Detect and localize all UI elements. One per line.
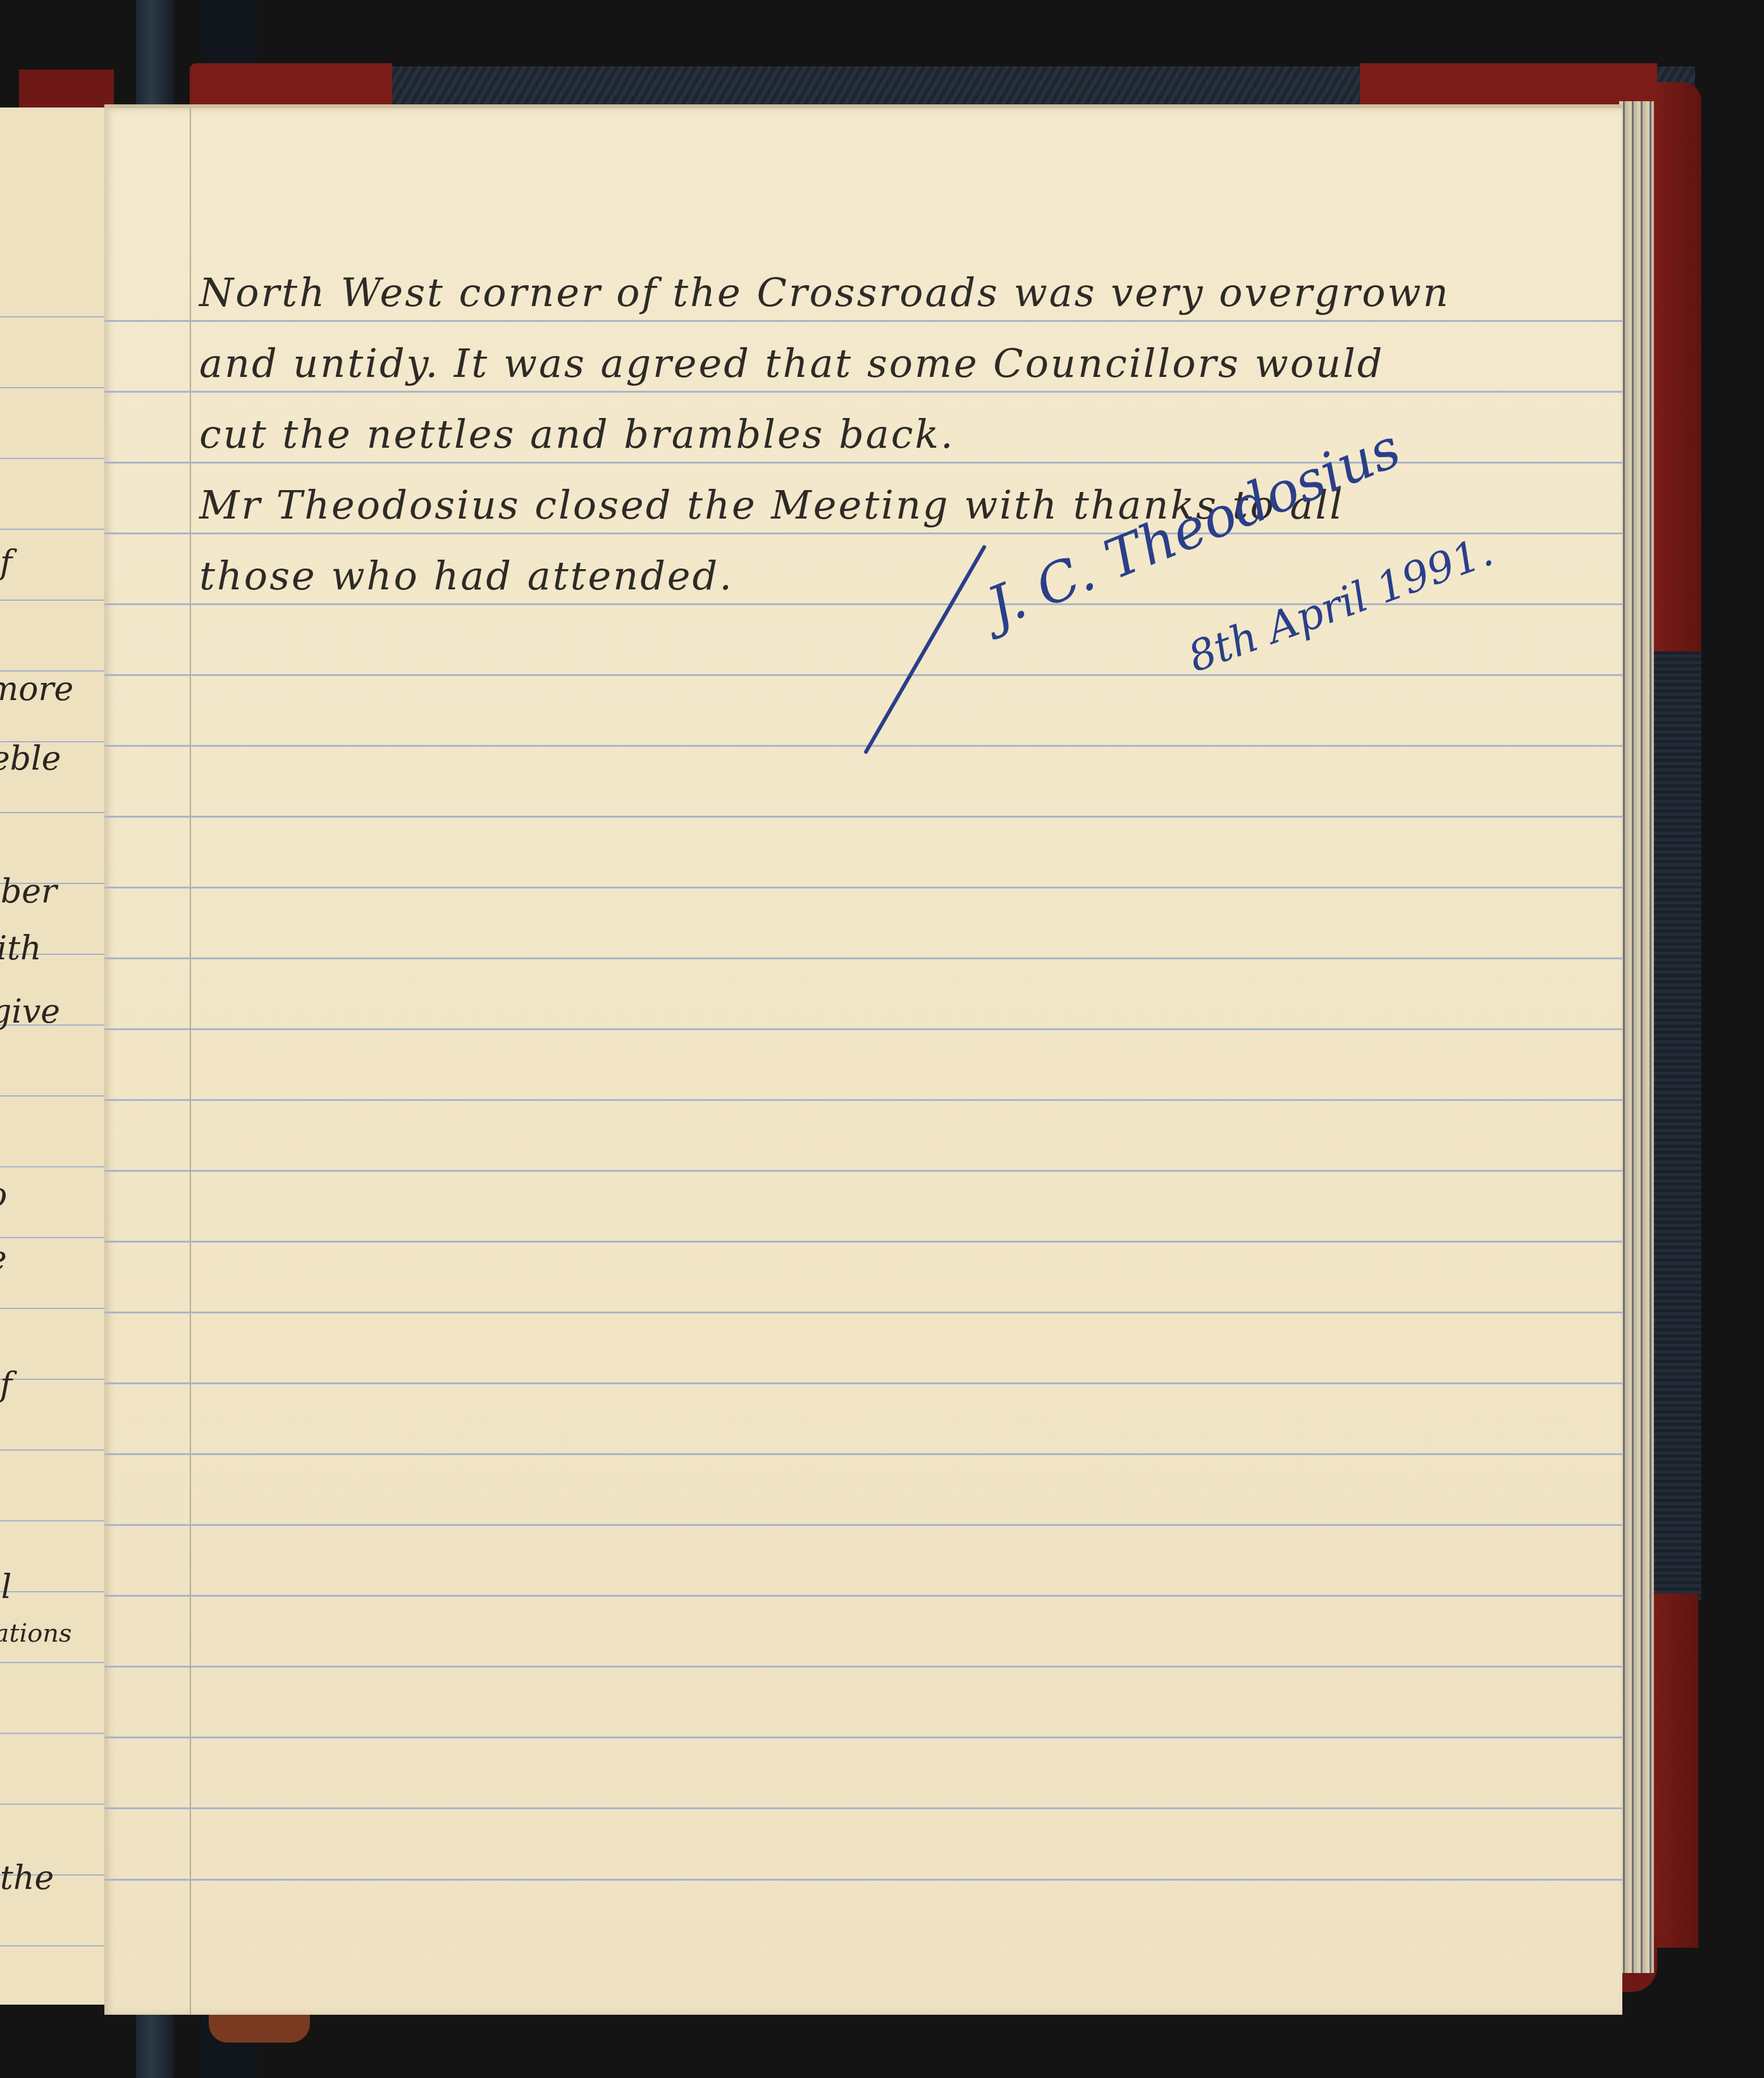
handwritten-line: cut the nettles and brambles back.: [199, 411, 955, 457]
rule-line: [0, 1166, 111, 1167]
page-edges: [1619, 101, 1654, 1973]
left-page-fragment: give: [0, 993, 60, 1031]
handwritten-line: North West corner of the Crossroads was …: [199, 269, 1450, 316]
rule-line: [104, 1241, 1622, 1243]
rule-line: [0, 1449, 111, 1451]
rule-line: [104, 1595, 1622, 1597]
left-page-fragment: aber: [0, 873, 57, 911]
signature-flourish: [863, 544, 987, 754]
rule-line: [104, 1312, 1622, 1313]
left-page-fragment: il: [0, 1568, 11, 1606]
rule-line: [0, 812, 111, 813]
left-page: f more eble aber with give o e f il sati…: [0, 108, 111, 2005]
binding-cloth-right: [1651, 651, 1701, 1600]
rule-line: [0, 1591, 111, 1592]
rule-line: [104, 887, 1622, 888]
rule-line: [0, 1733, 111, 1734]
left-page-fragment: the: [0, 1859, 54, 1897]
handwritten-line: and untidy. It was agreed that some Coun…: [199, 340, 1384, 386]
rule-line: [104, 320, 1622, 322]
rule-line: [104, 1170, 1622, 1172]
rule-line: [104, 1382, 1622, 1384]
left-page-fragment: e: [0, 1239, 7, 1277]
rule-line: [0, 1237, 111, 1238]
left-page-fragment: o: [0, 1176, 7, 1214]
rule-line: [0, 1520, 111, 1522]
handwritten-line: those who had attended.: [199, 553, 734, 599]
rule-line: [104, 745, 1622, 747]
rule-line: [104, 391, 1622, 393]
rule-line: [104, 1807, 1622, 1809]
rule-line: [0, 458, 111, 459]
left-page-fragment: f: [0, 544, 12, 582]
rule-line: [104, 674, 1622, 676]
rule-line: [104, 1737, 1622, 1738]
left-page-fragment: sations: [0, 1619, 72, 1648]
margin-line: [190, 108, 191, 2015]
rule-line: [104, 1028, 1622, 1030]
left-page-fragment: eble: [0, 740, 61, 778]
binding-leather-right: [1651, 82, 1701, 651]
rule-line: [104, 532, 1622, 534]
right-page: North West corner of the Crossroads was …: [104, 104, 1622, 2015]
left-page-fragment: f: [0, 1366, 12, 1404]
rule-line: [0, 1804, 111, 1805]
rule-line: [104, 816, 1622, 818]
rule-line: [104, 1524, 1622, 1526]
rule-line: [104, 957, 1622, 959]
rule-line: [104, 1879, 1622, 1881]
rule-line: [104, 1666, 1622, 1668]
rule-line: [0, 529, 111, 530]
rule-line: [0, 387, 111, 388]
rule-line: [0, 316, 111, 317]
rule-line: [0, 1379, 111, 1380]
rule-line: [104, 1099, 1622, 1101]
rule-line: [0, 1662, 111, 1663]
rule-line: [0, 1945, 111, 1946]
rule-line: [0, 1308, 111, 1309]
left-page-fragment: more: [0, 670, 73, 708]
rule-line: [0, 1095, 111, 1097]
rule-line: [0, 599, 111, 601]
left-page-fragment: with: [0, 930, 42, 968]
rule-line: [104, 1453, 1622, 1455]
